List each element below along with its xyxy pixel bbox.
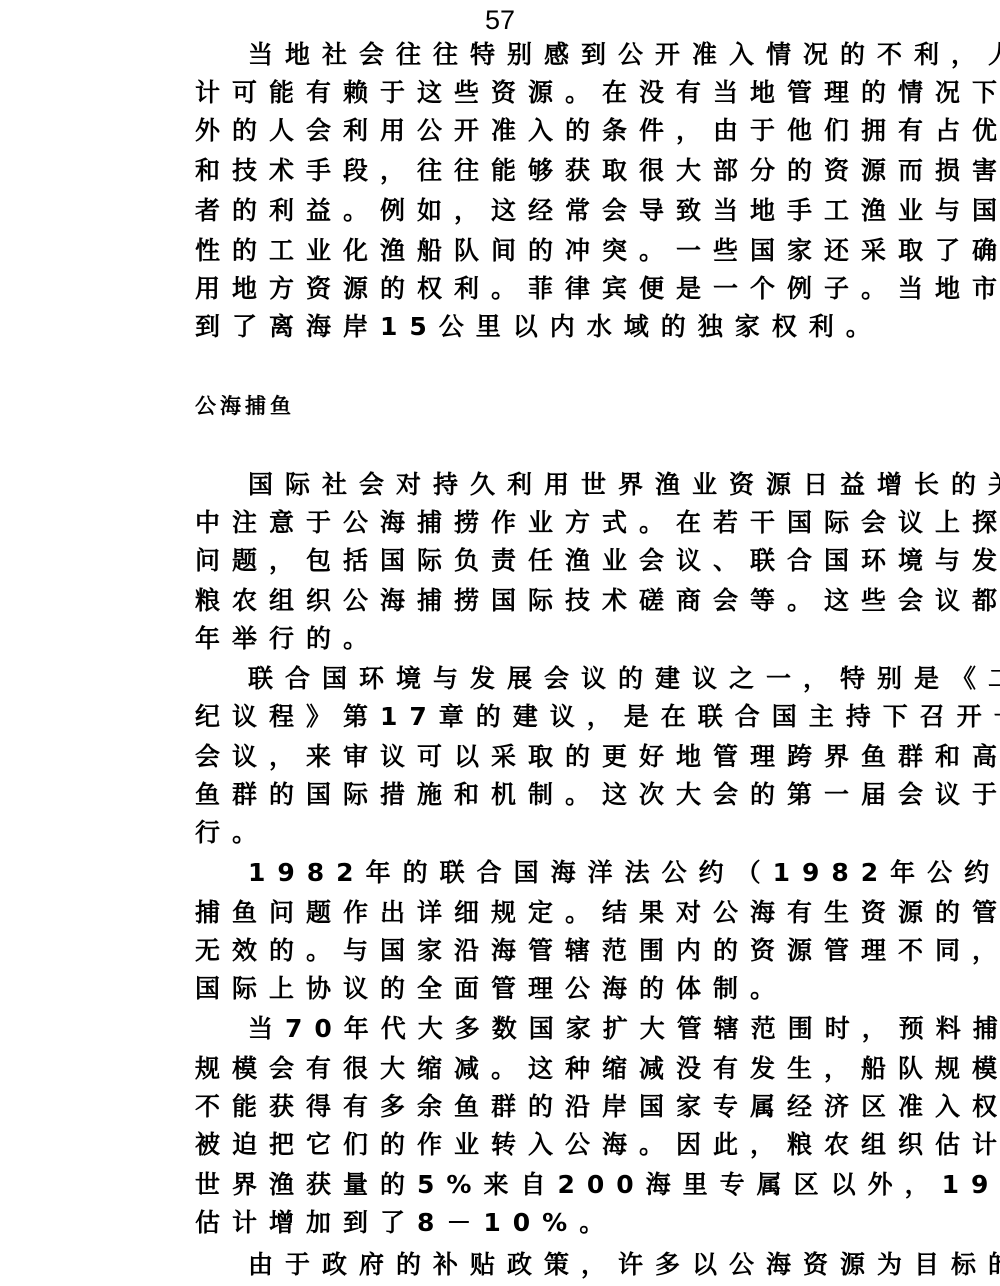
text-line: 1982年的联合国海洋法公约（1982年公约）没有就公海 xyxy=(248,858,928,888)
text-line: 无效的。与国家沿海管辖范围内的资源管理不同，还没有经 xyxy=(195,936,875,966)
text-line: 国际上协议的全面管理公海的体制。 xyxy=(195,974,875,1004)
text-line: 外的人会利用公开准入的条件，由于他们拥有占优势的财力 xyxy=(195,116,875,146)
page-number: 57 xyxy=(0,4,1000,36)
text-line: 者的利益。例如，这经常会导致当地手工渔业与国家和国际 xyxy=(195,196,875,226)
text-line: 被迫把它们的作业转入公海。因此，粮农组织估计，70年代 xyxy=(195,1130,875,1160)
text-line: 国际社会对持久利用世界渔业资源日益增长的关切，集 xyxy=(248,470,928,500)
text-line: 用地方资源的权利。菲律宾便是一个例子。当地市政当局得 xyxy=(195,274,875,304)
text-line: 年举行的。 xyxy=(195,624,875,654)
text-line: 计可能有赖于这些资源。在没有当地管理的情况下，区社以 xyxy=(195,78,875,108)
section-heading: 公海捕鱼 xyxy=(195,392,295,420)
text-line: 联合国环境与发展会议的建议之一，特别是《二十一世 xyxy=(248,664,928,694)
text-line: 世界渔获量的5%来自200海里专属区以外，1990年这个份额 xyxy=(195,1170,875,1200)
text-line: 鱼群的国际措施和机制。这次大会的第一届会议于1993年举 xyxy=(195,780,875,810)
text-line: 会议，来审议可以采取的更好地管理跨界鱼群和高度游移性 xyxy=(195,742,875,772)
text-line: 中注意于公海捕捞作业方式。在若干国际会议上探讨了这个 xyxy=(195,508,875,538)
text-line: 粮农组织公海捕捞国际技术磋商会等。这些会议都是在1992 xyxy=(195,586,875,616)
text-line: 不能获得有多余鱼群的沿岸国家专属经济区准入权的船只， xyxy=(195,1092,875,1122)
text-line: 当地社会往往特别感到公开准入情况的不利，人们的生 xyxy=(248,40,928,70)
text-line: 由于政府的补贴政策，许多以公海资源为目标的捕鱼国 xyxy=(248,1250,928,1280)
text-line: 性的工业化渔船队间的冲突。一些国家还采取了确认当地使 xyxy=(195,236,875,266)
text-line: 规模会有很大缩减。这种缩减没有发生，船队规模继续扩大。 xyxy=(195,1054,875,1084)
text-line: 行。 xyxy=(195,818,875,848)
text-line: 到了离海岸15公里以内水域的独家权利。 xyxy=(195,312,875,342)
text-line: 当70年代大多数国家扩大管辖范围时，预料捕鱼船队的 xyxy=(248,1014,928,1044)
text-line: 纪议程》第17章的建议，是在联合国主持下召开一次政府间 xyxy=(195,702,875,732)
text-line: 估计增加到了8－10%。 xyxy=(195,1208,875,1238)
text-line: 问题，包括国际负责任渔业会议、联合国环境与发展会议、 xyxy=(195,546,875,576)
text-line: 捕鱼问题作出详细规定。结果对公海有生资源的管理往往是 xyxy=(195,898,875,928)
text-line: 和技术手段，往往能够获取很大部分的资源而损害当地使用 xyxy=(195,156,875,186)
